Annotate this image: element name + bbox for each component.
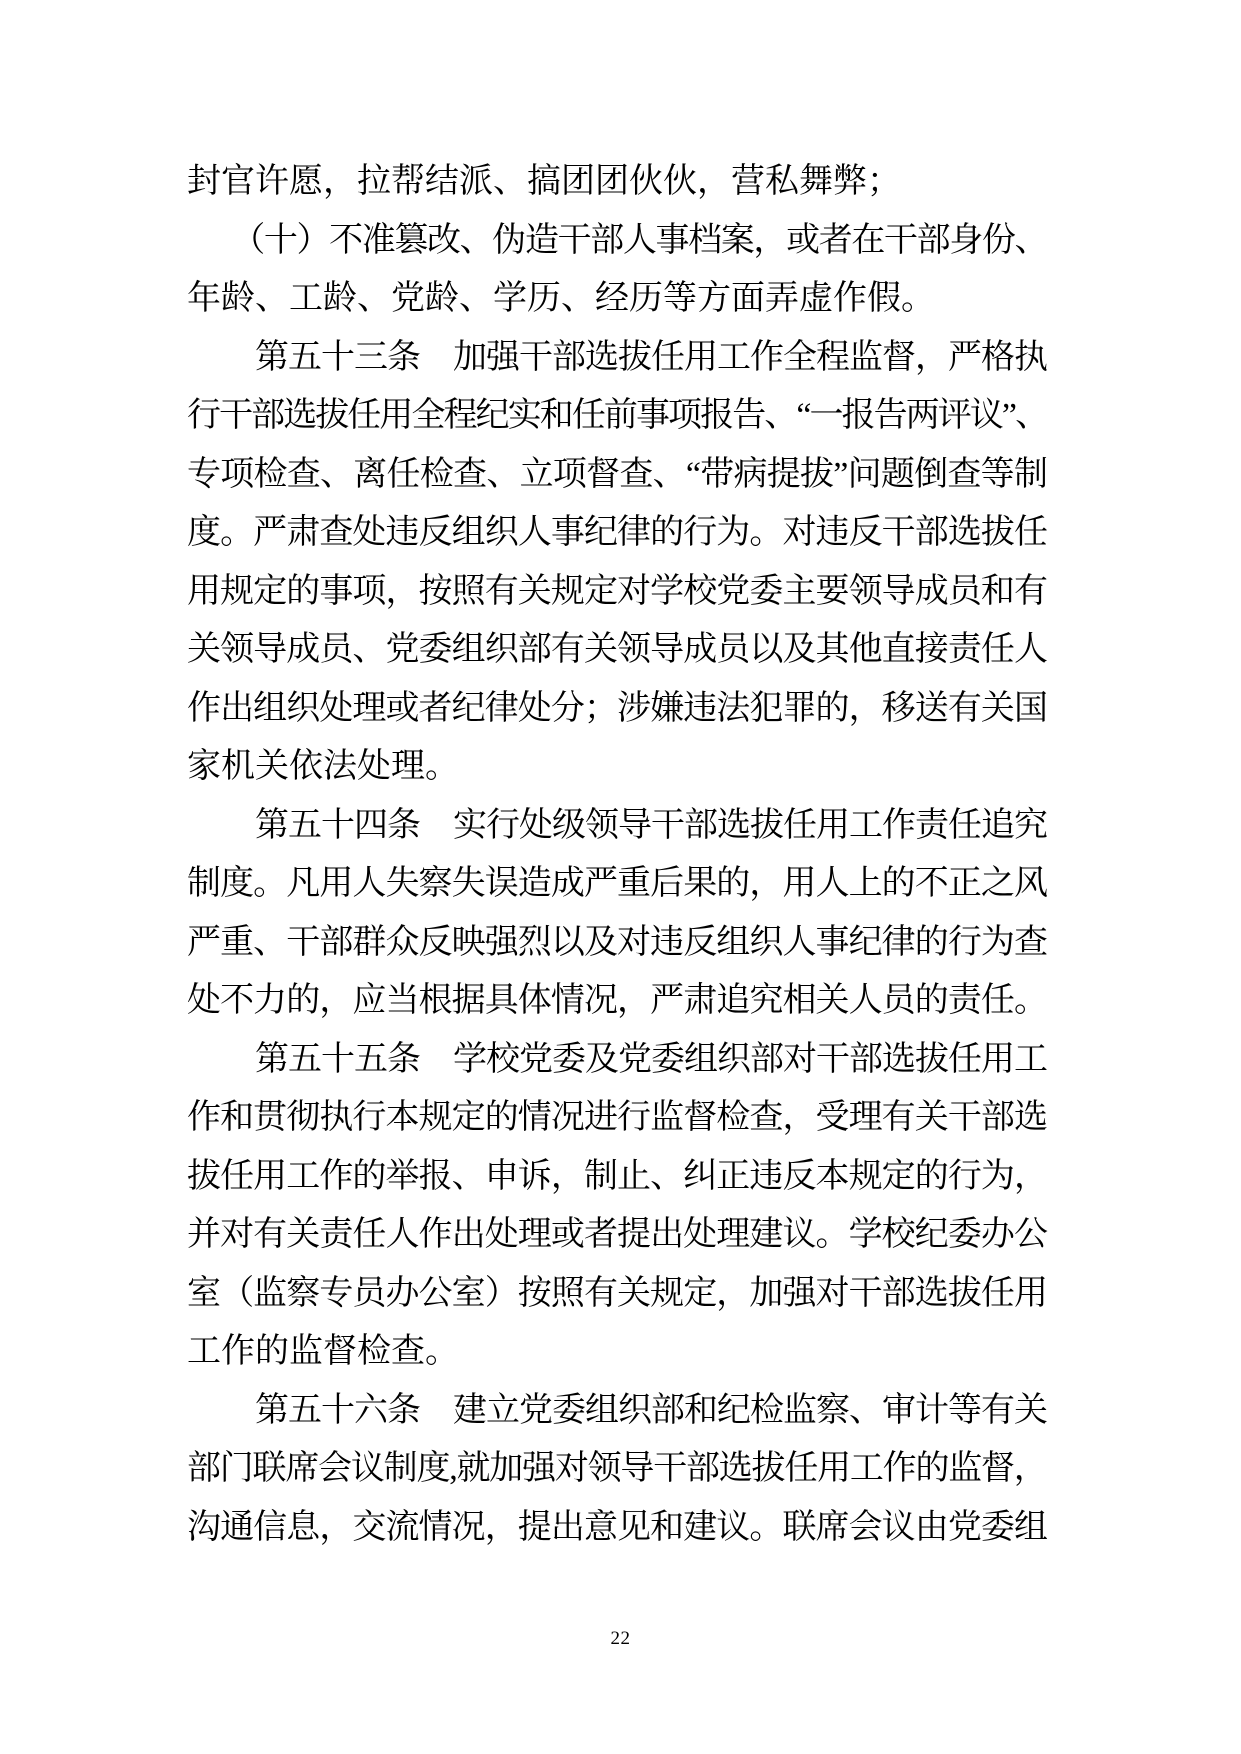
text-line: 封官许愿，拉帮结派、搞团团伙伙，营私舞弊； [187,153,1047,212]
text-line: 沟通信息，交流情况，提出意见和建议。联席会议由党委组 [187,1499,1047,1558]
document-text-block: 封官许愿，拉帮结派、搞团团伙伙，营私舞弊；（十）不准篡改、伪造干部人事档案，或者… [187,153,1047,1557]
text-line: 用规定的事项，按照有关规定对学校党委主要领导成员和有 [187,563,1047,622]
text-line: 专项检查、离任检查、立项督查、“带病提拔”问题倒查等制 [187,446,1047,505]
text-line: 室（监察专员办公室）按照有关规定，加强对干部选拔任用 [187,1265,1047,1324]
page-number: 22 [611,1628,631,1649]
text-line: 作和贯彻执行本规定的情况进行监督检查，受理有关干部选 [187,1089,1047,1148]
text-line: 关领导成员、党委组织部有关领导成员以及其他直接责任人 [187,621,1047,680]
text-line: 行干部选拔任用全程纪实和任前事项报告、“一报告两评议”、 [187,387,1047,446]
text-line: 严重、干部群众反映强烈以及对违反组织人事纪律的行为查 [187,914,1047,973]
text-line: 处不力的，应当根据具体情况，严肃追究相关人员的责任。 [187,972,1047,1031]
text-line: 第五十五条 学校党委及党委组织部对干部选拔任用工 [187,1031,1047,1090]
text-line: 年龄、工龄、党龄、学历、经历等方面弄虚作假。 [187,270,1047,329]
text-line: 工作的监督检查。 [187,1323,1047,1382]
text-line: 第五十四条 实行处级领导干部选拔任用工作责任追究 [187,797,1047,856]
document-page: 封官许愿，拉帮结派、搞团团伙伙，营私舞弊；（十）不准篡改、伪造干部人事档案，或者… [0,0,1241,1754]
text-line: 部门联席会议制度,就加强对领导干部选拔任用工作的监督， [187,1440,1047,1499]
text-line: 第五十六条 建立党委组织部和纪检监察、审计等有关 [187,1382,1047,1441]
text-line: 第五十三条 加强干部选拔任用工作全程监督，严格执 [187,329,1047,388]
text-line: 并对有关责任人作出处理或者提出处理建议。学校纪委办公 [187,1206,1047,1265]
text-line: （十）不准篡改、伪造干部人事档案，或者在干部身份、 [187,212,1047,271]
text-line: 家机关依法处理。 [187,738,1047,797]
text-line: 度。严肃查处违反组织人事纪律的行为。对违反干部选拔任 [187,504,1047,563]
text-line: 拔任用工作的举报、申诉，制止、纠正违反本规定的行为， [187,1148,1047,1207]
page-footer: 22 [0,1628,1241,1650]
text-line: 作出组织处理或者纪律处分；涉嫌违法犯罪的，移送有关国 [187,680,1047,739]
text-line: 制度。凡用人失察失误造成严重后果的，用人上的不正之风 [187,855,1047,914]
